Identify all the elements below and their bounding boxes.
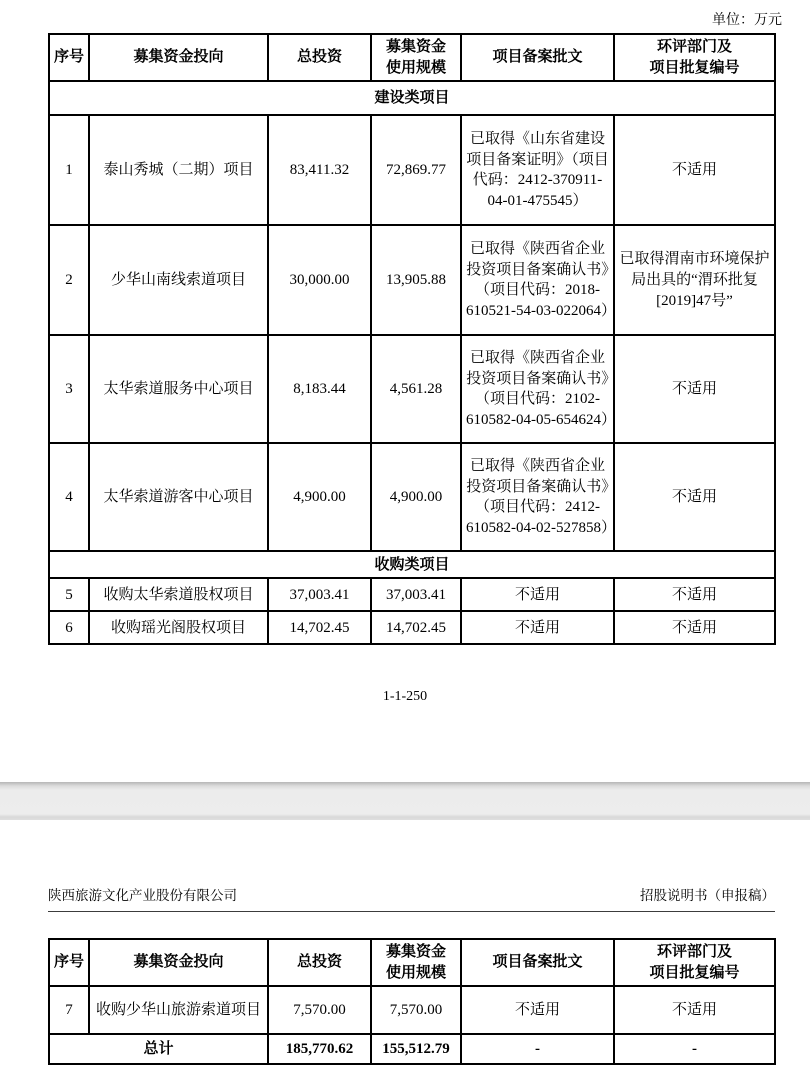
project-name: 太华索道游客中心项目: [89, 443, 268, 551]
filing-approval: 不适用: [461, 986, 614, 1034]
raised-amount: 13,905.88: [371, 225, 461, 335]
table-row: 7 收购少华山旅游索道项目 7,570.00 7,570.00 不适用 不适用: [49, 986, 775, 1034]
company-name: 陕西旅游文化产业股份有限公司: [48, 884, 237, 904]
raised-amount: 4,561.28: [371, 335, 461, 443]
row-no: 1: [49, 115, 89, 225]
funding-table-page2: 序号 募集资金投向 总投资 募集资金 使用规模 项目备案批文 环评部门及 项目批…: [48, 938, 776, 1065]
header-env: 环评部门及 项目批复编号: [614, 939, 775, 986]
total-investment: 4,900.00: [268, 443, 371, 551]
doc-title: 招股说明书（申报稿）: [640, 884, 775, 904]
filing-approval: 不适用: [461, 578, 614, 611]
row-no: 6: [49, 611, 89, 644]
filing-approval: 不适用: [461, 611, 614, 644]
table-row: 4 太华索道游客中心项目 4,900.00 4,900.00 已取得《陕西省企业…: [49, 443, 775, 551]
table-header-row: 序号 募集资金投向 总投资 募集资金 使用规模 项目备案批文 环评部门及 项目批…: [49, 34, 775, 81]
total-investment: 37,003.41: [268, 578, 371, 611]
filing-approval: 已取得《陕西省企业投资项目备案确认书》（项目代码：2018-610521-54-…: [461, 225, 614, 335]
project-name: 收购太华索道股权项目: [89, 578, 268, 611]
total-investment: 83,411.32: [268, 115, 371, 225]
filing-total: -: [461, 1034, 614, 1064]
total-investment-sum: 185,770.62: [268, 1034, 371, 1064]
page-number: 1-1-250: [0, 689, 810, 705]
row-no: 4: [49, 443, 89, 551]
header-filing: 项目备案批文: [461, 34, 614, 81]
total-label: 总计: [49, 1034, 268, 1064]
table-row: 3 太华索道服务中心项目 8,183.44 4,561.28 已取得《陕西省企业…: [49, 335, 775, 443]
table-row: 5 收购太华索道股权项目 37,003.41 37,003.41 不适用 不适用: [49, 578, 775, 611]
env-approval: 已取得渭南市环境保护局出具的“渭环批复[2019]47号”: [614, 225, 775, 335]
table-row: 6 收购瑶光阁股权项目 14,702.45 14,702.45 不适用 不适用: [49, 611, 775, 644]
env-approval: 不适用: [614, 443, 775, 551]
raised-amount: 7,570.00: [371, 986, 461, 1034]
document-page-2: 陕西旅游文化产业股份有限公司 招股说明书（申报稿） 序号 募集资金投向 总投资 …: [0, 820, 810, 1076]
table-row: 1 泰山秀城（二期）项目 83,411.32 72,869.77 已取得《山东省…: [49, 115, 775, 225]
raised-amount: 4,900.00: [371, 443, 461, 551]
unit-label: 单位：万元: [0, 12, 810, 30]
document-header: 陕西旅游文化产业股份有限公司 招股说明书（申报稿）: [48, 884, 775, 912]
section-header-construction: 建设类项目: [49, 81, 775, 115]
env-approval: 不适用: [614, 335, 775, 443]
table-header-row: 序号 募集资金投向 总投资 募集资金 使用规模 项目备案批文 环评部门及 项目批…: [49, 939, 775, 986]
project-name: 收购瑶光阁股权项目: [89, 611, 268, 644]
env-approval: 不适用: [614, 986, 775, 1034]
header-no: 序号: [49, 939, 89, 986]
project-name: 太华索道服务中心项目: [89, 335, 268, 443]
filing-approval: 已取得《陕西省企业投资项目备案确认书》（项目代码：2102-610582-04-…: [461, 335, 614, 443]
total-investment: 30,000.00: [268, 225, 371, 335]
project-name: 泰山秀城（二期）项目: [89, 115, 268, 225]
page-separator: [0, 782, 810, 820]
header-raised-scale: 募集资金 使用规模: [371, 34, 461, 81]
funding-table-page1: 序号 募集资金投向 总投资 募集资金 使用规模 项目备案批文 环评部门及 项目批…: [48, 33, 776, 645]
env-approval: 不适用: [614, 115, 775, 225]
total-investment: 14,702.45: [268, 611, 371, 644]
header-total-investment: 总投资: [268, 34, 371, 81]
filing-approval: 已取得《陕西省企业投资项目备案确认书》（项目代码：2412-610582-04-…: [461, 443, 614, 551]
env-approval: 不适用: [614, 611, 775, 644]
header-direction: 募集资金投向: [89, 34, 268, 81]
row-no: 7: [49, 986, 89, 1034]
row-no: 5: [49, 578, 89, 611]
header-raised-scale: 募集资金 使用规模: [371, 939, 461, 986]
section-title: 收购类项目: [49, 551, 775, 578]
total-investment: 8,183.44: [268, 335, 371, 443]
section-header-acquisition: 收购类项目: [49, 551, 775, 578]
filing-approval: 已取得《山东省建设项目备案证明》（项目代码：2412-370911-04-01-…: [461, 115, 614, 225]
header-env: 环评部门及 项目批复编号: [614, 34, 775, 81]
raised-amount: 37,003.41: [371, 578, 461, 611]
project-name: 少华山南线索道项目: [89, 225, 268, 335]
total-investment: 7,570.00: [268, 986, 371, 1034]
project-name: 收购少华山旅游索道项目: [89, 986, 268, 1034]
row-no: 3: [49, 335, 89, 443]
section-title: 建设类项目: [49, 81, 775, 115]
raised-amount: 72,869.77: [371, 115, 461, 225]
header-filing: 项目备案批文: [461, 939, 614, 986]
table-row: 2 少华山南线索道项目 30,000.00 13,905.88 已取得《陕西省企…: [49, 225, 775, 335]
raised-amount-sum: 155,512.79: [371, 1034, 461, 1064]
raised-amount: 14,702.45: [371, 611, 461, 644]
total-row: 总计 185,770.62 155,512.79 - -: [49, 1034, 775, 1064]
header-direction: 募集资金投向: [89, 939, 268, 986]
env-total: -: [614, 1034, 775, 1064]
header-total-investment: 总投资: [268, 939, 371, 986]
env-approval: 不适用: [614, 578, 775, 611]
document-page-1: 单位：万元 序号 募集资金投向 总投资 募集资金 使用规模 项目备案批文 环评部…: [0, 0, 810, 782]
row-no: 2: [49, 225, 89, 335]
header-no: 序号: [49, 34, 89, 81]
